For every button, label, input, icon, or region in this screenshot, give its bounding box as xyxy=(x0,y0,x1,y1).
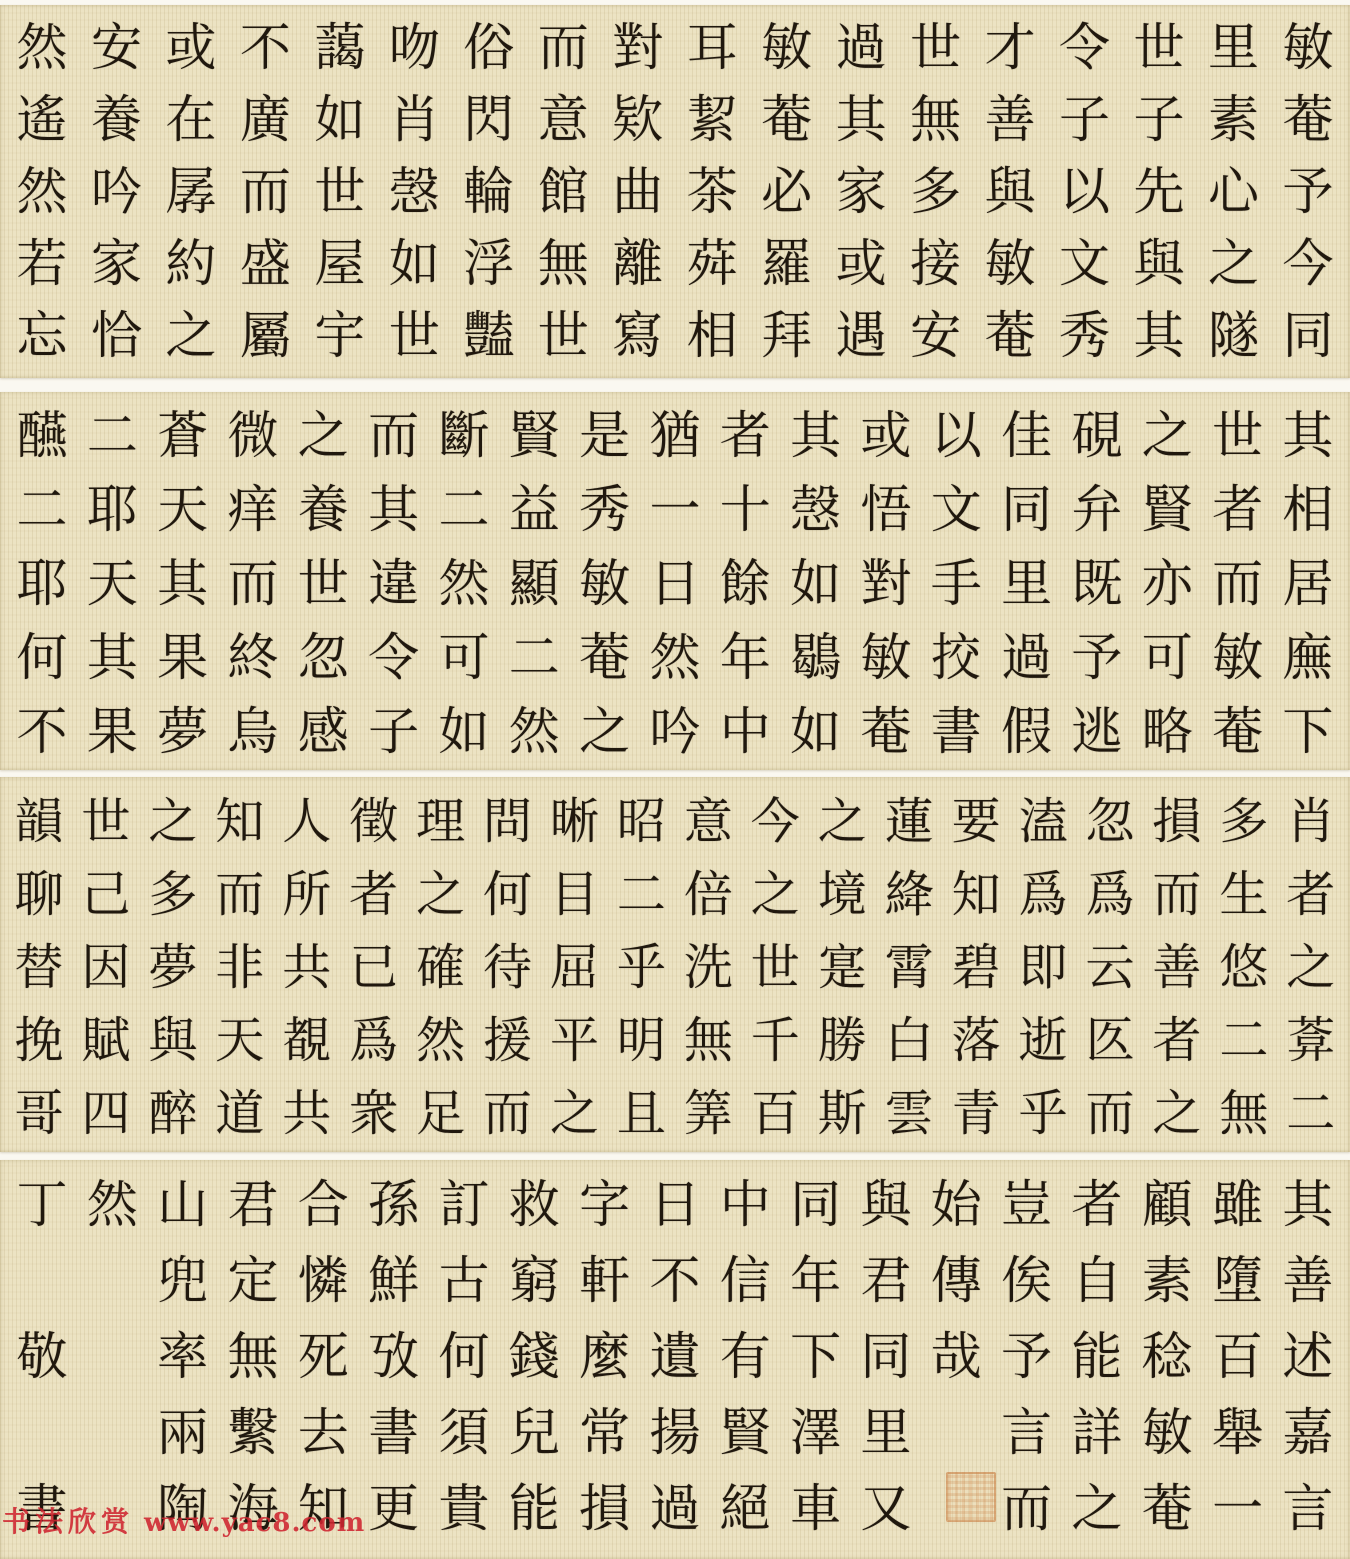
calligraphy-char: 里 xyxy=(1204,13,1264,85)
calligraphy-char: 天 xyxy=(82,548,142,622)
text-column: 蓮絳霄白雲 xyxy=(882,785,936,1152)
text-column: 安養吟家恰 xyxy=(86,13,146,378)
calligraphy-char: 先 xyxy=(1129,157,1189,229)
calligraphy-char: 其 xyxy=(364,474,424,548)
calligraphy-char: 或 xyxy=(831,229,891,301)
calligraphy-char: 境 xyxy=(815,858,869,931)
text-column: 者十餘年中 xyxy=(715,400,775,770)
calligraphy-char: 其 xyxy=(82,622,142,696)
text-column: 問何待援而 xyxy=(481,785,535,1152)
text-column: 世無多接安 xyxy=(906,13,966,378)
calligraphy-char: 即 xyxy=(1016,931,1070,1004)
calligraphy-char: 弁 xyxy=(1067,474,1127,548)
calligraphy-char: 隧 xyxy=(1204,301,1264,373)
text-column: 其相居廡下 xyxy=(1278,400,1338,770)
calligraphy-char: 里 xyxy=(997,548,1057,622)
calligraphy-char: 遙 xyxy=(12,85,72,157)
calligraphy-char: 有 xyxy=(715,1320,775,1396)
calligraphy-char: 繫 xyxy=(223,1396,283,1472)
text-column: 之境寔勝斯 xyxy=(815,785,869,1152)
calligraphy-char: 葊 xyxy=(1284,1004,1338,1077)
text-column: 二耶天其果 xyxy=(82,400,142,770)
calligraphy-char xyxy=(12,1244,72,1320)
text-column: 損而善者之 xyxy=(1150,785,1204,1152)
calligraphy-char xyxy=(82,1320,142,1396)
text-column: 吻肖愨如世 xyxy=(384,13,444,378)
calligraphy-char: 宇 xyxy=(310,301,370,373)
calligraphy-char: 之 xyxy=(815,785,869,858)
calligraphy-char: 之 xyxy=(414,858,468,931)
calligraphy-char: 筭 xyxy=(681,1077,735,1150)
calligraphy-char: 今 xyxy=(748,785,802,858)
calligraphy-char: 覩 xyxy=(280,1004,334,1077)
calligraphy-char: 屋 xyxy=(310,229,370,301)
calligraphy-char: 之 xyxy=(293,400,353,474)
calligraphy-char: 而 xyxy=(1150,858,1204,931)
calligraphy-char: 率 xyxy=(153,1320,213,1396)
calligraphy-char: 云 xyxy=(1083,931,1137,1004)
calligraphy-char: 百 xyxy=(748,1077,802,1150)
calligraphy-char: 以 xyxy=(1055,157,1115,229)
calligraphy-char: 乎 xyxy=(1016,1077,1070,1150)
calligraphy-char: 二 xyxy=(82,400,142,474)
text-column: 佳同里過假 xyxy=(997,400,1057,770)
calligraphy-char: 醼 xyxy=(12,400,72,474)
calligraphy-char: 或 xyxy=(161,13,221,85)
calligraphy-char: 如 xyxy=(384,229,444,301)
calligraphy-char: 浮 xyxy=(459,229,519,301)
calligraphy-char: 素 xyxy=(1137,1244,1197,1320)
calligraphy-char: 過 xyxy=(645,1472,705,1548)
calligraphy-char: 二 xyxy=(614,858,668,931)
calligraphy-char: 能 xyxy=(1067,1320,1127,1396)
text-column: 顧素稔敏菴 xyxy=(1137,1168,1197,1559)
text-column: 其愨如鶡如 xyxy=(786,400,846,770)
calligraphy-char: 哉 xyxy=(926,1320,986,1396)
calligraphy-char: 碧 xyxy=(949,931,1003,1004)
text-column: 溘爲即逝乎 xyxy=(1016,785,1070,1152)
calligraphy-char: 與 xyxy=(980,157,1040,229)
text-column: 對欵曲離寫 xyxy=(608,13,668,378)
calligraphy-char: 世 xyxy=(906,13,966,85)
calligraphy-char: 天 xyxy=(153,474,213,548)
calligraphy-char: 敏 xyxy=(1278,13,1338,85)
calligraphy-char: 拜 xyxy=(757,301,817,373)
calligraphy-char: 違 xyxy=(364,548,424,622)
calligraphy-char: 忘 xyxy=(12,301,72,373)
paper-strip-3: 肖者之葊二多生悠二無損而善者之忽爲云匛而溘爲即逝乎要知碧落青蓮絳霄白雲之境寔勝斯… xyxy=(0,777,1350,1152)
calligraphy-char: 羅 xyxy=(757,229,817,301)
calligraphy-char: 然 xyxy=(12,157,72,229)
calligraphy-char: 溘 xyxy=(1016,785,1070,858)
calligraphy-char: 而 xyxy=(223,548,283,622)
calligraphy-char: 遇 xyxy=(831,301,891,373)
calligraphy-char: 更 xyxy=(364,1472,424,1548)
calligraphy-char: 非 xyxy=(213,931,267,1004)
calligraphy-char: 之 xyxy=(748,858,802,931)
calligraphy-char: 肖 xyxy=(1284,785,1338,858)
calligraphy-char: 吟 xyxy=(645,696,705,770)
text-column: 然遙然若忘 xyxy=(12,13,72,378)
calligraphy-char: 其 xyxy=(153,548,213,622)
calligraphy-char: 之 xyxy=(548,1077,602,1150)
calligraphy-char: 手 xyxy=(926,548,986,622)
calligraphy-char: 居 xyxy=(1278,548,1338,622)
calligraphy-char: 攷 xyxy=(364,1320,424,1396)
text-column: 知而非天道 xyxy=(213,785,267,1152)
calligraphy-char: 菴 xyxy=(980,301,1040,373)
calligraphy-char: 令 xyxy=(364,622,424,696)
calligraphy-char: 敏 xyxy=(856,622,916,696)
calligraphy-char: 家 xyxy=(86,229,146,301)
calligraphy-char: 世 xyxy=(1129,13,1189,85)
text-column: 日不遺揚過 xyxy=(645,1168,705,1559)
calligraphy-char: 微 xyxy=(223,400,283,474)
calligraphy-char: 心 xyxy=(1204,157,1264,229)
calligraphy-char: 年 xyxy=(715,622,775,696)
text-column: 要知碧落青 xyxy=(949,785,1003,1152)
calligraphy-char: 共 xyxy=(280,1077,334,1150)
calligraphy-char: 之 xyxy=(146,785,200,858)
calligraphy-char: 生 xyxy=(1217,858,1271,931)
text-column: 敏菴予今同 xyxy=(1278,13,1338,378)
calligraphy-char xyxy=(926,1396,986,1472)
calligraphy-char: 益 xyxy=(504,474,564,548)
calligraphy-char: 雖 xyxy=(1208,1168,1268,1244)
calligraphy-char: 共 xyxy=(280,931,334,1004)
text-column: 豈俟予言而 xyxy=(997,1168,1057,1559)
text-column: 肖者之葊二 xyxy=(1284,785,1338,1152)
calligraphy-char: 二 xyxy=(1217,1004,1271,1077)
text-column: 之多夢與醉 xyxy=(146,785,200,1152)
calligraphy-char: 兜 xyxy=(153,1244,213,1320)
calligraphy-char: 蒼 xyxy=(153,400,213,474)
text-column: 里素心之隧 xyxy=(1204,13,1264,378)
calligraphy-char: 以 xyxy=(926,400,986,474)
calligraphy-char: 哥 xyxy=(12,1077,66,1150)
calligraphy-char: 問 xyxy=(481,785,535,858)
text-column: 與君同里又 xyxy=(856,1168,916,1559)
calligraphy-char: 愨 xyxy=(786,474,846,548)
calligraphy-char: 而 xyxy=(235,157,295,229)
calligraphy-char: 吟 xyxy=(86,157,146,229)
calligraphy-char: 兩 xyxy=(153,1396,213,1472)
calligraphy-char: 嘉 xyxy=(1278,1396,1338,1472)
text-column: 耳絜茶荈相 xyxy=(682,13,742,378)
calligraphy-char: 雲 xyxy=(882,1077,936,1150)
calligraphy-char: 而 xyxy=(1083,1077,1137,1150)
calligraphy-char: 約 xyxy=(161,229,221,301)
calligraphy-char: 之 xyxy=(1150,1077,1204,1150)
calligraphy-char: 貴 xyxy=(434,1472,494,1548)
calligraphy-char: 耶 xyxy=(82,474,142,548)
calligraphy-char: 日 xyxy=(645,1168,705,1244)
calligraphy-char: 菴 xyxy=(757,85,817,157)
calligraphy-char: 然 xyxy=(645,622,705,696)
calligraphy-char: 夢 xyxy=(146,931,200,1004)
calligraphy-char: 足 xyxy=(414,1077,468,1150)
calligraphy-char: 平 xyxy=(548,1004,602,1077)
text-column: 世子先與其 xyxy=(1129,13,1189,378)
calligraphy-char: 世 xyxy=(293,548,353,622)
calligraphy-char: 屈 xyxy=(548,931,602,1004)
calligraphy-char: 車 xyxy=(786,1472,846,1548)
calligraphy-char: 菴 xyxy=(1137,1472,1197,1548)
calligraphy-char: 確 xyxy=(414,931,468,1004)
text-column: 徵者已爲衆 xyxy=(347,785,401,1152)
calligraphy-char: 合 xyxy=(293,1168,353,1244)
calligraphy-char: 敬 xyxy=(12,1320,72,1396)
calligraphy-char: 敏 xyxy=(757,13,817,85)
calligraphy-char: 不 xyxy=(12,696,72,770)
calligraphy-char: 相 xyxy=(682,301,742,373)
calligraphy-char: 與 xyxy=(856,1168,916,1244)
calligraphy-char: 舉 xyxy=(1208,1396,1268,1472)
calligraphy-char: 無 xyxy=(906,85,966,157)
calligraphy-char: 者 xyxy=(347,858,401,931)
text-column: 藹如世屋宇 xyxy=(310,13,370,378)
calligraphy-char: 秀 xyxy=(575,474,635,548)
calligraphy-char: 令 xyxy=(1055,13,1115,85)
calligraphy-char: 述 xyxy=(1278,1320,1338,1396)
calligraphy-char: 如 xyxy=(786,696,846,770)
calligraphy-char: 今 xyxy=(1278,229,1338,301)
paper-strip-2: 其相居廡下世者而敏菴之賢亦可略硯弁既予逃佳同里過假以文手挍書或悟對敏菴其愨如鶡如… xyxy=(0,392,1350,770)
text-column: 令子以文秀 xyxy=(1055,13,1115,378)
calligraphy-char: 中 xyxy=(715,696,775,770)
calligraphy-char: 略 xyxy=(1137,696,1197,770)
calligraphy-char: 天 xyxy=(213,1004,267,1077)
text-column: 硯弁既予逃 xyxy=(1067,400,1127,770)
calligraphy-char: 四 xyxy=(79,1077,133,1150)
calligraphy-char: 乎 xyxy=(614,931,668,1004)
calligraphy-char: 館 xyxy=(533,157,593,229)
calligraphy-char: 敏 xyxy=(1137,1396,1197,1472)
text-column: 之賢亦可略 xyxy=(1137,400,1197,770)
calligraphy-char: 夢 xyxy=(153,696,213,770)
calligraphy-char: 其 xyxy=(1129,301,1189,373)
calligraphy-char: 俟 xyxy=(997,1244,1057,1320)
calligraphy-char: 常 xyxy=(575,1396,635,1472)
calligraphy-char: 待 xyxy=(481,931,535,1004)
calligraphy-char: 二 xyxy=(12,474,72,548)
calligraphy-char: 古 xyxy=(434,1244,494,1320)
calligraphy-char: 肖 xyxy=(384,85,444,157)
calligraphy-char: 可 xyxy=(1137,622,1197,696)
calligraphy-char: 孱 xyxy=(161,157,221,229)
calligraphy-char: 而 xyxy=(1208,548,1268,622)
calligraphy-char: 屬 xyxy=(235,301,295,373)
text-column: 微痒而終烏 xyxy=(223,400,283,770)
calligraphy-char: 目 xyxy=(548,858,602,931)
calligraphy-char: 己 xyxy=(79,858,133,931)
calligraphy-char: 洗 xyxy=(681,931,735,1004)
calligraphy-char: 道 xyxy=(213,1077,267,1150)
calligraphy-char: 可 xyxy=(434,622,494,696)
calligraphy-char: 盛 xyxy=(235,229,295,301)
text-column: 昭二乎明且 xyxy=(614,785,668,1152)
calligraphy-char: 者 xyxy=(1067,1168,1127,1244)
calligraphy-char: 字 xyxy=(575,1168,635,1244)
calligraphy-char: 世 xyxy=(310,157,370,229)
calligraphy-char: 救 xyxy=(504,1168,564,1244)
calligraphy-char: 多 xyxy=(1217,785,1271,858)
calligraphy-char: 安 xyxy=(906,301,966,373)
calligraphy-char: 相 xyxy=(1278,474,1338,548)
calligraphy-char: 者 xyxy=(1284,858,1338,931)
calligraphy-char: 之 xyxy=(1067,1472,1127,1548)
calligraphy-char: 要 xyxy=(949,785,1003,858)
calligraphy-char: 者 xyxy=(715,400,775,474)
calligraphy-char: 鮮 xyxy=(364,1244,424,1320)
text-column: 意倍洗無筭 xyxy=(681,785,735,1152)
calligraphy-char: 而 xyxy=(481,1077,535,1150)
calligraphy-char xyxy=(12,1396,72,1472)
calligraphy-char: 過 xyxy=(997,622,1057,696)
calligraphy-char: 援 xyxy=(481,1004,535,1077)
calligraphy-char xyxy=(82,1396,142,1472)
text-column: 字軒麼常損 xyxy=(575,1168,635,1559)
calligraphy-char: 寔 xyxy=(815,931,869,1004)
text-column: 賢益顯二然 xyxy=(504,400,564,770)
text-column: 蒼天其果夢 xyxy=(153,400,213,770)
calligraphy-char: 訂 xyxy=(434,1168,494,1244)
calligraphy-char: 已 xyxy=(347,931,401,1004)
calligraphy-char: 年 xyxy=(786,1244,846,1320)
calligraphy-char: 寫 xyxy=(608,301,668,373)
calligraphy-char: 詳 xyxy=(1067,1396,1127,1472)
calligraphy-char: 烏 xyxy=(223,696,283,770)
text-column: 猶一日然吟 xyxy=(645,400,705,770)
calligraphy-char: 而 xyxy=(997,1472,1057,1548)
calligraphy-char: 荈 xyxy=(682,229,742,301)
calligraphy-char: 同 xyxy=(856,1320,916,1396)
calligraphy-char: 挽 xyxy=(12,1004,66,1077)
calligraphy-char: 家 xyxy=(831,157,891,229)
calligraphy-char: 同 xyxy=(997,474,1057,548)
calligraphy-char: 孫 xyxy=(364,1168,424,1244)
calligraphy-char: 善 xyxy=(1278,1244,1338,1320)
calligraphy-char: 子 xyxy=(1129,85,1189,157)
calligraphy-char: 韻 xyxy=(12,785,66,858)
calligraphy-char: 如 xyxy=(434,696,494,770)
calligraphy-char: 麼 xyxy=(575,1320,635,1396)
calligraphy-char: 不 xyxy=(235,13,295,85)
calligraphy-char: 絳 xyxy=(882,858,936,931)
text-column: 世者而敏菴 xyxy=(1208,400,1268,770)
calligraphy-char: 素 xyxy=(1204,85,1264,157)
calligraphy-char: 所 xyxy=(280,858,334,931)
calligraphy-char: 接 xyxy=(906,229,966,301)
calligraphy-char: 倍 xyxy=(681,858,735,931)
text-column: 或在孱約之 xyxy=(161,13,221,378)
calligraphy-char: 同 xyxy=(1278,301,1338,373)
calligraphy-char: 信 xyxy=(715,1244,775,1320)
calligraphy-char: 言 xyxy=(1278,1472,1338,1548)
calligraphy-char: 之 xyxy=(1137,400,1197,474)
calligraphy-char: 豔 xyxy=(459,301,519,373)
calligraphy-char: 君 xyxy=(856,1244,916,1320)
calligraphy-char: 者 xyxy=(1208,474,1268,548)
calligraphy-char: 或 xyxy=(856,400,916,474)
calligraphy-char: 鶡 xyxy=(786,622,846,696)
calligraphy-char: 敏 xyxy=(1208,622,1268,696)
calligraphy-char: 閃 xyxy=(459,85,519,157)
calligraphy-char: 賢 xyxy=(715,1396,775,1472)
text-column: 敏菴必羅拜 xyxy=(757,13,817,378)
calligraphy-char: 同 xyxy=(786,1168,846,1244)
calligraphy-char: 去 xyxy=(293,1396,353,1472)
text-column: 俗閃輪浮豔 xyxy=(459,13,519,378)
calligraphy-char: 多 xyxy=(146,858,200,931)
calligraphy-char: 善 xyxy=(980,85,1040,157)
calligraphy-scroll: 敏菴予今同里素心之隧世子先與其令子以文秀才善與敏菴世無多接安過其家或遇敏菴必羅拜… xyxy=(0,0,1350,1559)
calligraphy-char: 賢 xyxy=(504,400,564,474)
calligraphy-char: 逝 xyxy=(1016,1004,1070,1077)
calligraphy-char: 茶 xyxy=(682,157,742,229)
calligraphy-char: 養 xyxy=(293,474,353,548)
calligraphy-char: 賦 xyxy=(79,1004,133,1077)
calligraphy-char: 菴 xyxy=(575,622,635,696)
calligraphy-char: 二 xyxy=(504,622,564,696)
calligraphy-char: 澤 xyxy=(786,1396,846,1472)
text-column: 其善述嘉言 xyxy=(1278,1168,1338,1559)
calligraphy-char: 是 xyxy=(575,400,635,474)
calligraphy-char: 其 xyxy=(1278,400,1338,474)
calligraphy-char: 山 xyxy=(153,1168,213,1244)
calligraphy-char: 青 xyxy=(949,1077,1003,1150)
text-column: 過其家或遇 xyxy=(831,13,891,378)
calligraphy-char: 蓮 xyxy=(882,785,936,858)
calligraphy-char: 勝 xyxy=(815,1004,869,1077)
calligraphy-char: 昭 xyxy=(614,785,668,858)
calligraphy-char: 墮 xyxy=(1208,1244,1268,1320)
calligraphy-char: 書 xyxy=(364,1396,424,1472)
calligraphy-char: 揚 xyxy=(645,1396,705,1472)
calligraphy-char: 世 xyxy=(748,931,802,1004)
text-column: 孫鮮攷書更 xyxy=(364,1168,424,1559)
calligraphy-char: 里 xyxy=(856,1396,916,1472)
calligraphy-char: 餘 xyxy=(715,548,775,622)
calligraphy-char: 兒 xyxy=(504,1396,564,1472)
calligraphy-char: 霄 xyxy=(882,931,936,1004)
calligraphy-char: 之 xyxy=(575,696,635,770)
calligraphy-char: 吻 xyxy=(384,13,444,85)
text-column: 斷二然可如 xyxy=(434,400,494,770)
calligraphy-char: 替 xyxy=(12,931,66,1004)
calligraphy-char: 顯 xyxy=(504,548,564,622)
calligraphy-char: 錢 xyxy=(504,1320,564,1396)
calligraphy-char: 無 xyxy=(223,1320,283,1396)
calligraphy-char: 傳 xyxy=(926,1244,986,1320)
calligraphy-char: 然 xyxy=(12,13,72,85)
calligraphy-char: 之 xyxy=(161,301,221,373)
calligraphy-char: 白 xyxy=(882,1004,936,1077)
calligraphy-char: 千 xyxy=(748,1004,802,1077)
calligraphy-char: 軒 xyxy=(575,1244,635,1320)
calligraphy-char: 徵 xyxy=(347,785,401,858)
calligraphy-char: 離 xyxy=(608,229,668,301)
calligraphy-char: 醉 xyxy=(146,1077,200,1150)
calligraphy-char: 爲 xyxy=(1083,858,1137,931)
calligraphy-char: 子 xyxy=(364,696,424,770)
text-column: 韻聊替挽哥 xyxy=(12,785,66,1152)
calligraphy-char: 敏 xyxy=(980,229,1040,301)
calligraphy-char: 予 xyxy=(997,1320,1057,1396)
calligraphy-char: 無 xyxy=(1217,1077,1271,1150)
calligraphy-char: 予 xyxy=(1278,157,1338,229)
calligraphy-char: 且 xyxy=(614,1077,668,1150)
